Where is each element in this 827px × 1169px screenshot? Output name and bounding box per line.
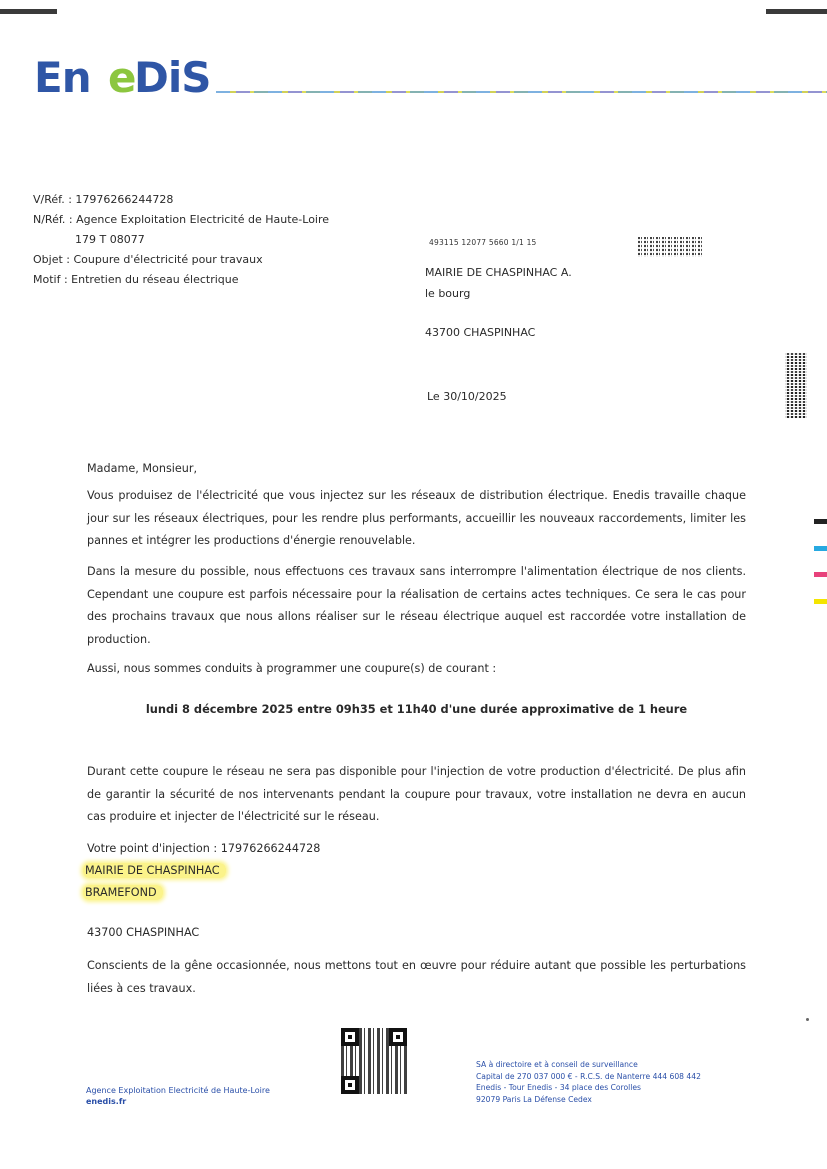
svg-text:En: En [34, 53, 91, 100]
paragraph-injection-warning: Durant cette coupure le réseau ne sera p… [87, 761, 746, 829]
recipient-name: MAIRIE DE CHASPINHAC A. [425, 262, 572, 283]
print-mark-magenta [814, 572, 827, 577]
legal-line-3: Enedis - Tour Enedis - 34 place des Coro… [476, 1082, 701, 1094]
footer-website-link[interactable]: enedis.fr [86, 1096, 270, 1107]
injection-site-place: BRAMEFOND [83, 885, 163, 900]
injection-site-city: 43700 CHASPINHAC [87, 926, 199, 939]
our-reference-code: 179 T 08077 [33, 230, 329, 250]
scan-edge-mark-left [0, 9, 57, 14]
print-mark-cyan [814, 546, 827, 551]
your-reference: V/Réf. : 17976266244728 [33, 190, 329, 210]
injection-point-block: Votre point d'injection : 17976266244728… [87, 838, 320, 904]
recipient-city: 43700 CHASPINHAC [425, 322, 572, 343]
paragraph-outage-intro: Aussi, nous sommes conduits à programmer… [87, 658, 746, 681]
print-mark-yellow [814, 599, 827, 604]
footer-legal: SA à directoire et à conseil de surveill… [476, 1059, 701, 1105]
letterhead-divider [216, 91, 827, 93]
reason: Motif : Entretien du réseau électrique [33, 270, 329, 290]
legal-line-1: SA à directoire et à conseil de surveill… [476, 1059, 701, 1071]
legal-line-4: 92079 Paris La Défense Cedex [476, 1094, 701, 1106]
paragraph-closing: Conscients de la gêne occasionnée, nous … [87, 955, 746, 1000]
qr-code [341, 1028, 407, 1094]
legal-line-2: Capital de 270 037 000 € - R.C.S. de Nan… [476, 1071, 701, 1083]
subject: Objet : Coupure d'électricité pour trava… [33, 250, 329, 270]
print-mark-black [814, 519, 827, 524]
scan-edge-mark-right [766, 9, 827, 14]
datamatrix-code [638, 237, 702, 257]
paragraph-intro: Vous produisez de l'électricité que vous… [87, 485, 746, 553]
footer-agency: Agence Exploitation Electricité de Haute… [86, 1085, 270, 1107]
paragraph-works: Dans la mesure du possible, nous effectu… [87, 561, 746, 651]
side-barcode [785, 352, 807, 418]
mail-tracking-code: 493115 12077 5660 1/1 15 [429, 238, 537, 247]
recipient-address: MAIRIE DE CHASPINHAC A. le bourg 43700 C… [425, 262, 572, 343]
reference-block: V/Réf. : 17976266244728 N/Réf. : Agence … [33, 190, 329, 290]
enedis-logo: En e DiS [34, 52, 214, 100]
injection-point: Votre point d'injection : 17976266244728 [87, 838, 320, 860]
salutation: Madame, Monsieur, [87, 458, 746, 481]
outage-schedule: lundi 8 décembre 2025 entre 09h35 et 11h… [87, 702, 746, 716]
letter-date: Le 30/10/2025 [427, 390, 507, 403]
recipient-street: le bourg [425, 283, 572, 304]
svg-text:DiS: DiS [134, 53, 211, 100]
injection-site-name: MAIRIE DE CHASPINHAC [83, 863, 226, 878]
footer-agency-name: Agence Exploitation Electricité de Haute… [86, 1085, 270, 1096]
scan-dot [806, 1018, 809, 1021]
svg-text:e: e [108, 53, 137, 100]
our-reference: N/Réf. : Agence Exploitation Electricité… [33, 210, 329, 230]
